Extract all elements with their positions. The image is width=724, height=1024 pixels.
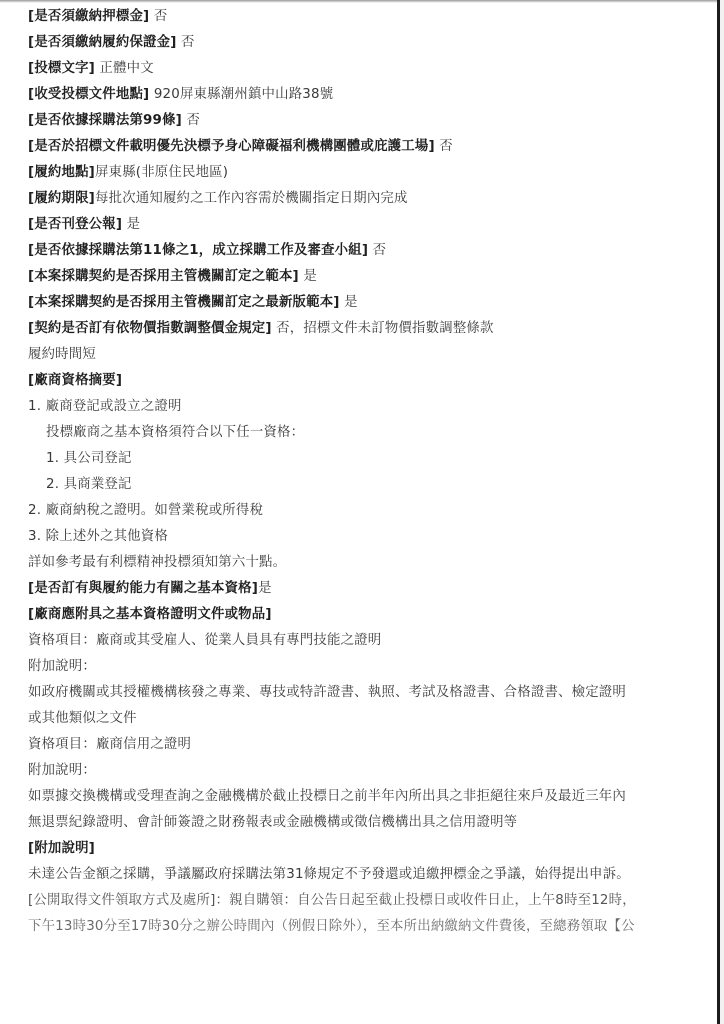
price-adjust-reason: 履約時間短 xyxy=(28,342,708,368)
field-bid-bond: [是否須繳納押標金] 否 xyxy=(28,4,708,30)
field-value: 否 xyxy=(177,35,195,50)
additional-notes-line-3: 下午13時30分至17時30分之辦公時間內（例假日除外），至本所出納繳納文件費後… xyxy=(28,914,708,940)
scan-right-margin xyxy=(720,0,724,1024)
field-value: 否 xyxy=(368,243,386,258)
field-value: 是 xyxy=(299,269,317,284)
field-disability-priority: [是否於招標文件載明優先決標予身心障礙福利機構團體或庇護工場] 否 xyxy=(28,134,708,160)
field-value: 每批次通知履約之工作內容需於機關指定日期內完成 xyxy=(95,191,408,206)
field-label: [是否須繳納押標金] xyxy=(28,9,149,24)
field-performance-location: [履約地點]屏東縣(非原住民地區) xyxy=(28,160,708,186)
field-label: [履約地點] xyxy=(28,165,95,180)
field-value: 否，招標文件未訂物價指數調整條款 xyxy=(272,321,494,336)
qualification-reference: 詳如參考最有利標精神投標須知第六十點。 xyxy=(28,550,708,576)
required-doc-item-2-title: 資格項目：廠商信用之證明 xyxy=(28,732,708,758)
field-label: [是否於招標文件載明優先決標予身心障礙福利機構團體或庇護工場] xyxy=(28,139,435,154)
scan-top-edge xyxy=(0,0,724,3)
required-doc-item-1-title: 資格項目：廠商或其受雇人、從業人員具有專門技能之證明 xyxy=(28,628,708,654)
qualification-item-1-desc: 投標廠商之基本資格須符合以下任一資格： xyxy=(28,420,708,446)
scan-right-border xyxy=(717,0,720,1024)
field-gazette: [是否刊登公報] 是 xyxy=(28,212,708,238)
field-value: 屏東縣(非原住民地區) xyxy=(95,165,228,180)
field-label: [投標文字] xyxy=(28,61,95,76)
field-value: 920屏東縣潮州鎮中山路38號 xyxy=(149,87,333,102)
field-performance-deadline: [履約期限]每批次通知履約之工作內容需於機關指定日期內完成 xyxy=(28,186,708,212)
qualification-item-1-sub-2: 2. 具商業登記 xyxy=(28,472,708,498)
field-label: [是否依據採購法第99條] xyxy=(28,113,182,128)
field-performance-bond: [是否須繳納履約保證金] 否 xyxy=(28,30,708,56)
field-label: [契約是否訂有依物價指數調整價金規定] xyxy=(28,321,272,336)
field-label: [是否須繳納履約保證金] xyxy=(28,35,177,50)
required-doc-item-2-note-label: 附加說明： xyxy=(28,758,708,784)
field-bid-language: [投標文字] 正體中文 xyxy=(28,56,708,82)
field-value: 是 xyxy=(340,295,358,310)
field-value: 是 xyxy=(122,217,140,232)
field-contract-latest-template: [本案採購契約是否採用主管機關訂定之最新版範本] 是 xyxy=(28,290,708,316)
document-page: [是否須繳納押標金] 否 [是否須繳納履約保證金] 否 [投標文字] 正體中文 … xyxy=(28,4,708,940)
field-label: [是否刊登公報] xyxy=(28,217,122,232)
field-price-index-adjustment: [契約是否訂有依物價指數調整價金規定] 否，招標文件未訂物價指數調整條款 xyxy=(28,316,708,342)
required-doc-item-1-note-label: 附加說明： xyxy=(28,654,708,680)
field-article-99: [是否依據採購法第99條] 否 xyxy=(28,108,708,134)
field-label: [本案採購契約是否採用主管機關訂定之最新版範本] xyxy=(28,295,340,310)
field-article-11-1: [是否依據採購法第11條之1，成立採購工作及審查小組] 否 xyxy=(28,238,708,264)
field-label: [是否依據採購法第11條之1，成立採購工作及審查小組] xyxy=(28,243,368,258)
qualification-item-3: 3. 除上述外之其他資格 xyxy=(28,524,708,550)
qualification-item-1-sub-1: 1. 具公司登記 xyxy=(28,446,708,472)
required-documents-heading: [廠商應附具之基本資格證明文件或物品] xyxy=(28,602,708,628)
field-label: [是否訂有與履約能力有關之基本資格] xyxy=(28,581,258,596)
qualification-item-2: 2. 廠商納稅之證明。如營業稅或所得稅 xyxy=(28,498,708,524)
field-bid-address: [收受投標文件地點] 920屏東縣潮州鎮中山路38號 xyxy=(28,82,708,108)
required-doc-item-1-note-line-1: 如政府機關或其授權機構核發之專業、專技或特許證書、執照、考試及格證書、合格證書、… xyxy=(28,680,708,706)
additional-notes-line-1: 未達公告金額之採購，爭議屬政府採購法第31條規定不予發還或追繳押標金之爭議，始得… xyxy=(28,862,708,888)
field-value: 正體中文 xyxy=(95,61,154,76)
field-label: [本案採購契約是否採用主管機關訂定之範本] xyxy=(28,269,299,284)
field-value: 否 xyxy=(182,113,200,128)
field-value: 否 xyxy=(435,139,453,154)
qualification-summary-heading: [廠商資格摘要] xyxy=(28,368,708,394)
additional-notes-line-2: [公開取得文件領取方式及處所]：親自購領：自公告日起至截止投標日或收件日止，上午… xyxy=(28,888,708,914)
field-contract-template: [本案採購契約是否採用主管機關訂定之範本] 是 xyxy=(28,264,708,290)
field-performance-capability: [是否訂有與履約能力有關之基本資格]是 xyxy=(28,576,708,602)
additional-notes-heading: [附加說明] xyxy=(28,836,708,862)
field-label: [履約期限] xyxy=(28,191,95,206)
required-doc-item-2-note-line-2: 無退票紀錄證明、會計師簽證之財務報表或金融機構或徵信機構出具之信用證明等 xyxy=(28,810,708,836)
field-value: 是 xyxy=(258,581,272,596)
qualification-item-1: 1. 廠商登記或設立之證明 xyxy=(28,394,708,420)
field-label: [收受投標文件地點] xyxy=(28,87,149,102)
required-doc-item-2-note-line-1: 如票據交換機構或受理查詢之金融機構於截止投標日之前半年內所出具之非拒絕往來戶及最… xyxy=(28,784,708,810)
field-value: 否 xyxy=(149,9,167,24)
required-doc-item-1-note-line-2: 或其他類似之文件 xyxy=(28,706,708,732)
